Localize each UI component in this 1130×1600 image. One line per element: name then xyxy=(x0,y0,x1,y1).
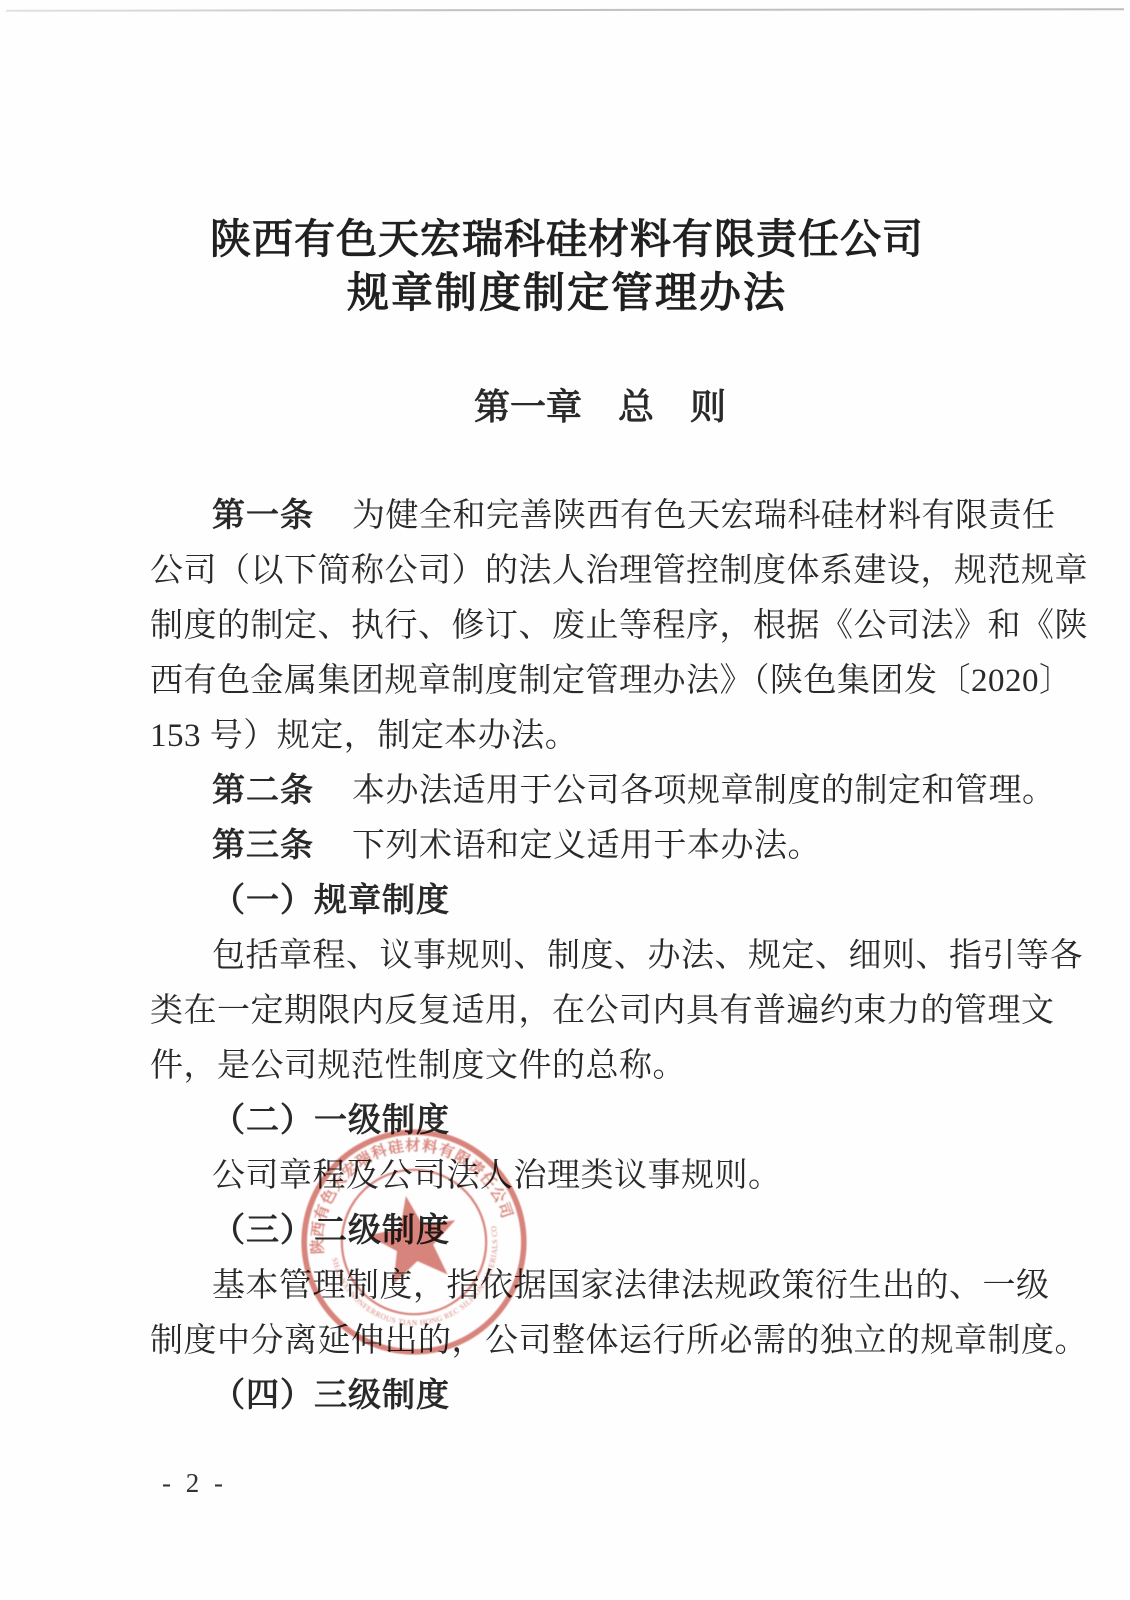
company-seal-stamp-icon: 陕西有色天宏瑞科硅材料有限责任公司 SHAANXI NONFERROUS TIA… xyxy=(273,1101,556,1384)
body-line: 第一条为健全和完善陕西有色天宏瑞科硅材料有限责任 xyxy=(212,489,986,543)
body-line: 第三条下列术语和定义适用于本办法。 xyxy=(212,819,986,873)
body-line: 制度中分离延伸出的，公司整体运行所必需的独立的规章制度。 xyxy=(150,1314,986,1368)
clause-number: 第二条 xyxy=(212,773,314,809)
clause-text: 本办法适用于公司各项规章制度的制定和管理。 xyxy=(352,773,1056,809)
clause-text: 下列术语和定义适用于本办法。 xyxy=(352,828,821,864)
body-line: 153 号）规定，制定本办法。 xyxy=(150,709,986,763)
document-page: 陕西有色天宏瑞科硅材料有限责任公司 规章制度制定管理办法 第一章 总 则 第一条… xyxy=(0,0,1130,1600)
body-line: 西有色金属集团规章制度制定管理办法》（陕色集团发〔2020〕 xyxy=(150,654,986,708)
body-line: 件，是公司规范性制度文件的总称。 xyxy=(150,1039,986,1093)
chapter-heading: 第一章 总 则 xyxy=(35,379,1130,430)
clause-number: 第一条 xyxy=(212,498,314,534)
body-line: 类在一定期限内反复适用，在公司内具有普遍约束力的管理文 xyxy=(150,984,986,1038)
section-heading: （一）规章制度 xyxy=(212,874,986,928)
body-line: 包括章程、议事规则、制度、办法、规定、细则、指引等各 xyxy=(212,929,986,983)
page-number: - 2 - xyxy=(162,1468,227,1499)
document-title-line2: 规章制度制定管理办法 xyxy=(2,260,1130,320)
body-line: 制度的制定、执行、修订、废止等程序，根据《公司法》和《陕 xyxy=(150,599,986,653)
seal-star-icon xyxy=(362,1188,464,1287)
body-line: 公司（以下简称公司）的法人治理管控制度体系建设，规范规章 xyxy=(150,544,986,598)
clause-text: 为健全和完善陕西有色天宏瑞科硅材料有限责任 xyxy=(352,498,1056,534)
clause-number: 第三条 xyxy=(212,828,314,864)
body-line: 第二条本办法适用于公司各项规章制度的制定和管理。 xyxy=(212,764,986,818)
document-title-line1: 陕西有色天宏瑞科硅材料有限责任公司 xyxy=(2,206,1130,265)
scan-artifact-line xyxy=(6,8,1124,12)
